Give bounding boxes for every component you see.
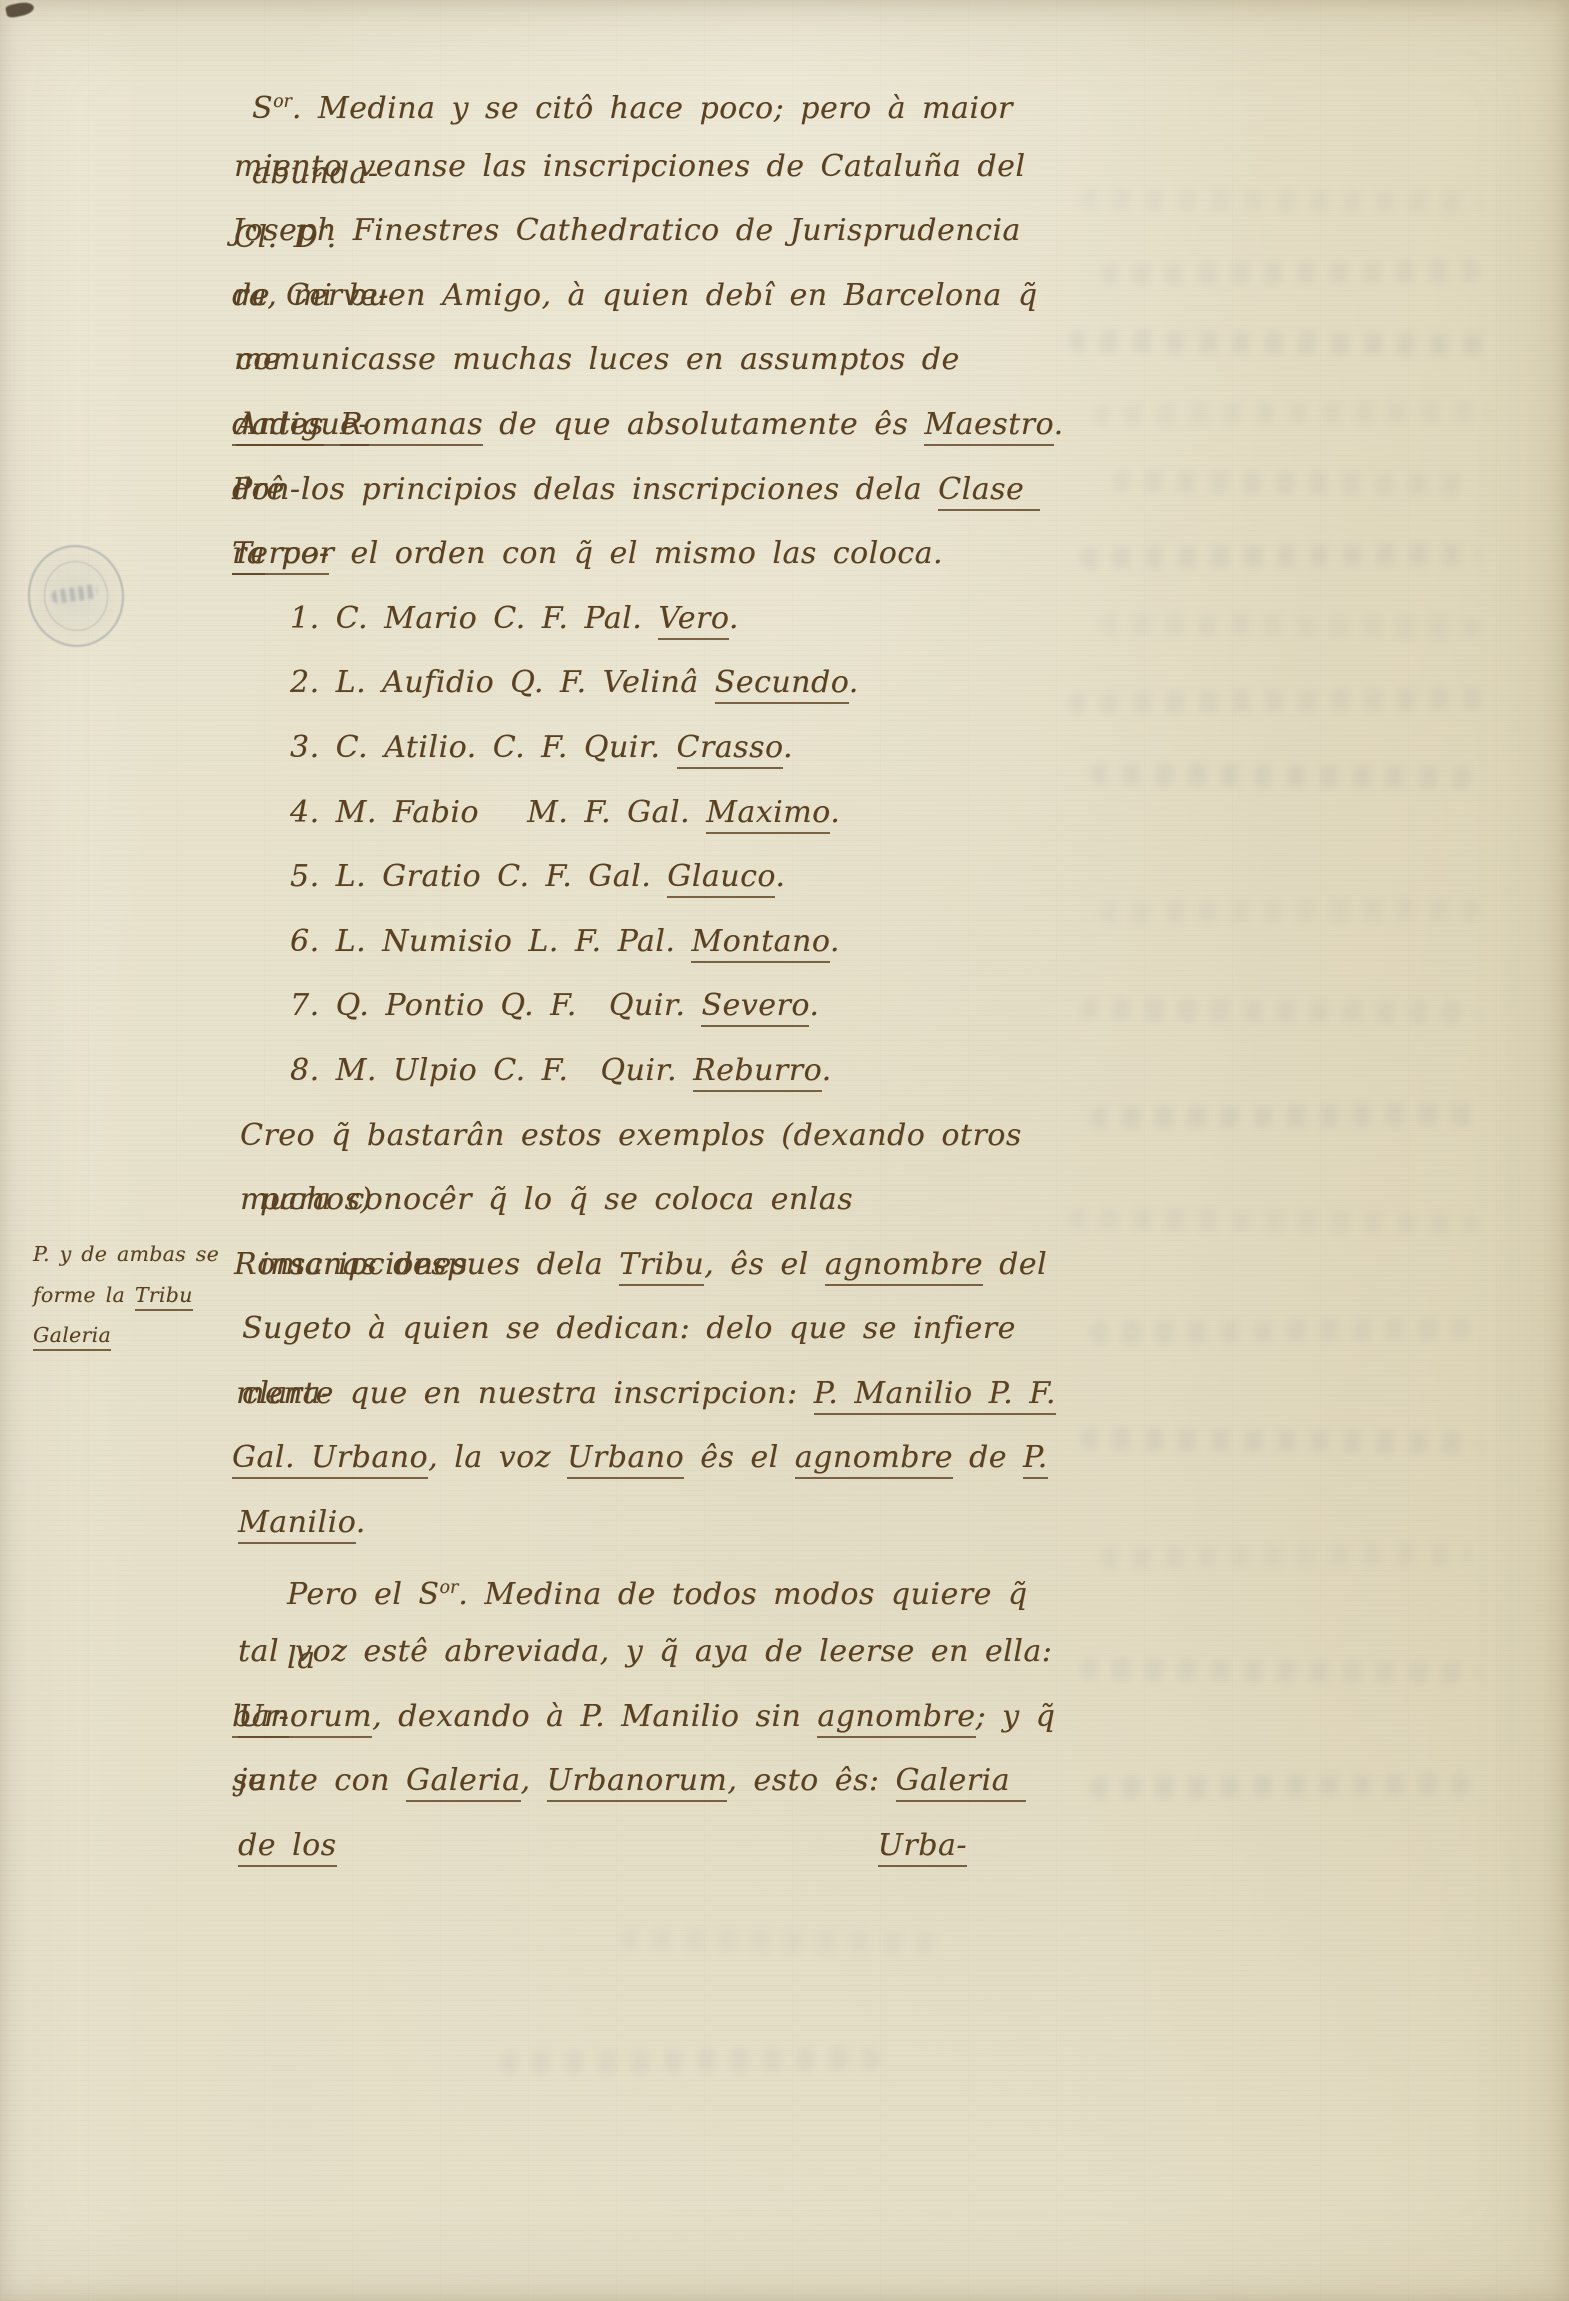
text-segment: , <box>521 1763 547 1798</box>
manuscript-line: forme la Tribu <box>33 1275 223 1316</box>
text-segment: . <box>830 924 840 959</box>
manuscript-page: Sor. Medina y se citô hace poco; pero à … <box>0 0 1569 2301</box>
text-segment: . <box>830 795 840 830</box>
manuscript-line: Sugeto à quien se dedican: delo que se i… <box>232 1297 1064 1362</box>
manuscript-line: ra, mi buen Amigo, à quien debî en Barce… <box>232 264 1064 329</box>
text-segment: . <box>809 988 819 1023</box>
bleedthrough-mark <box>1100 1543 1470 1569</box>
manuscript-line: Creo q̃ bastarân estos exemplos (dexando… <box>232 1104 1064 1169</box>
manuscript-line: 3. C. Atilio. C. F. Quir. Crasso. <box>232 716 1064 781</box>
underlined-text: Romanas <box>340 407 483 446</box>
text-segment <box>324 407 340 442</box>
manuscript-line: 8. M. Ulpio C. F. Quir. Reburro. <box>232 1039 1064 1104</box>
underlined-text: Urbanorum <box>547 1763 728 1802</box>
manuscript-line: Pero el Sor. Medina de todos modos quier… <box>232 1556 1064 1621</box>
underlined-text: Maestro <box>924 407 1053 446</box>
underlined-text: Severo <box>701 988 809 1027</box>
underlined-text: agnombre <box>817 1699 975 1738</box>
manuscript-line: drê los principios delas inscripciones d… <box>232 458 1064 523</box>
bleedthrough-mark <box>1080 1428 1480 1454</box>
text-segment: comunicasse muchas luces en assumptos de <box>236 342 976 377</box>
text-segment: junte con <box>238 1763 406 1798</box>
text-segment: S <box>252 91 273 126</box>
manuscript-line: mente que en nuestra inscripcion: P. Man… <box>232 1362 1064 1427</box>
text-segment: de <box>953 1440 1023 1475</box>
bleedthrough-mark <box>620 1928 940 1953</box>
underlined-text: Galeria <box>33 1323 111 1351</box>
manuscript-line: 5. L. Gratio C. F. Gal. Glauco. <box>232 845 1064 910</box>
bleedthrough-mark <box>1100 613 1480 639</box>
manuscript-line: 6. L. Numisio L. F. Pal. Montano. <box>232 910 1064 975</box>
manuscript-line: Galeria <box>33 1315 223 1356</box>
underlined-text: ra <box>232 536 265 575</box>
underlined-text: Maximo <box>706 795 830 834</box>
underlined-text: Gal. Urbano <box>232 1440 428 1479</box>
text-segment: 8. M. Ulpio C. F. Quir. <box>290 1053 693 1088</box>
text-segment: drê los principios delas inscripciones d… <box>232 472 938 507</box>
underlined-text: Crasso <box>677 730 784 769</box>
library-stamp-icon <box>21 539 130 653</box>
bleedthrough-mark <box>1090 763 1480 789</box>
underlined-text: banorum <box>232 1699 372 1738</box>
text-segment: or <box>439 1578 458 1598</box>
text-segment: 4. M. Fabio M. F. Gal. <box>290 795 706 830</box>
text-segment: . <box>775 859 785 894</box>
manuscript-line: 2. L. Aufidio Q. F. Velinâ Secundo. <box>232 651 1064 716</box>
underlined-text: Tribu <box>135 1283 193 1311</box>
text-segment: , dexando à P. Manilio sin <box>372 1699 817 1734</box>
underlined-text: P. <box>1023 1440 1048 1479</box>
underlined-text: Manilio <box>238 1505 356 1544</box>
text-segment: . <box>729 601 739 636</box>
text-segment: . <box>783 730 793 765</box>
manuscript-line: Joseph Finestres Cathedratico de Jurispr… <box>232 199 1064 264</box>
bleedthrough-mark <box>1068 688 1488 714</box>
text-segment: , la voz <box>428 1440 567 1475</box>
manuscript-line: banorum, dexando à P. Manilio sin agnomb… <box>232 1685 1064 1750</box>
text-segment: Romanas despues dela <box>234 1247 619 1282</box>
text-segment: del <box>983 1247 1047 1282</box>
text-segment: Pero el S <box>287 1577 439 1612</box>
text-segment: . <box>822 1053 832 1088</box>
underlined-text: Urbano <box>567 1440 684 1479</box>
underlined-text: Montano <box>691 924 829 963</box>
text-segment: or <box>273 92 292 112</box>
bleedthrough-mark <box>1100 898 1480 924</box>
text-segment: 2. L. Aufidio Q. F. Velinâ <box>290 665 715 700</box>
underlined-text: dades <box>232 407 324 446</box>
manuscript-line: 7. Q. Pontio Q. F. Quir. Severo. <box>232 974 1064 1039</box>
manuscript-line: dades Romanas de que absolutamente ês Ma… <box>232 393 1064 458</box>
bleedthrough-mark <box>1090 1773 1470 1799</box>
bleedthrough-mark <box>1092 400 1492 426</box>
bleedthrough-mark <box>1080 188 1480 214</box>
text-segment: ês el <box>684 1440 795 1475</box>
manuscript-line: comunicasse muchas luces en assumptos de… <box>232 328 1064 393</box>
manuscript-line: junte con Galeria, Urbanorum, esto ês: G… <box>232 1749 1064 1814</box>
text-segment: mente que en nuestra inscripcion: <box>236 1376 814 1411</box>
underlined-text: Urba- <box>878 1828 967 1867</box>
text-segment: de que absolutamente ês <box>483 407 924 442</box>
manuscript-line: 1. C. Mario C. F. Pal. Vero. <box>232 587 1064 652</box>
underlined-text: Galeria <box>406 1763 521 1802</box>
text-segment: por el orden con q̃ el mismo las coloca. <box>265 536 943 571</box>
manuscript-line: 4. M. Fabio M. F. Gal. Maximo. <box>232 781 1064 846</box>
text-segment: 7. Q. Pontio Q. F. Quir. <box>290 988 701 1023</box>
manuscript-line: P. y de ambas se <box>33 1234 223 1275</box>
text-segment: tal voz estê abreviada, y q̃ aya de leer… <box>238 1634 1068 1669</box>
underlined-text: agnombre <box>795 1440 953 1479</box>
text-segment: 3. C. Atilio. C. F. Quir. <box>290 730 677 765</box>
bleedthrough-mark <box>1100 260 1480 286</box>
bleedthrough-mark <box>1090 1103 1480 1129</box>
manuscript-line: Romanas despues dela Tribu, ês el agnomb… <box>232 1233 1064 1298</box>
underlined-text: Secundo <box>715 665 849 704</box>
text-segment: . <box>356 1505 366 1540</box>
manuscript-line: para conocêr q̃ lo q̃ se coloca enlas in… <box>232 1168 1064 1233</box>
bleedthrough-mark <box>1112 470 1467 496</box>
bleedthrough-mark <box>1080 543 1480 569</box>
text-segment: 6. L. Numisio L. F. Pal. <box>290 924 691 959</box>
underlined-text: Reburro <box>693 1053 822 1092</box>
text-segment: , esto ês: <box>727 1763 895 1798</box>
text-segment: P. y de ambas se <box>33 1242 219 1266</box>
margin-note: P. y de ambas seforme la TribuGaleria <box>33 1234 223 1356</box>
main-text-block: Sor. Medina y se citô hace poco; pero à … <box>232 70 1064 1879</box>
bleedthrough-mark <box>1080 1658 1480 1684</box>
manuscript-line: Gal. Urbano, la voz Urbano ês el agnombr… <box>232 1426 1064 1491</box>
bleedthrough-mark <box>1068 330 1488 356</box>
manuscript-line: ra por el orden con q̃ el mismo las colo… <box>232 522 1064 587</box>
underlined-text: agnombre <box>825 1247 983 1286</box>
bleedthrough-mark <box>500 2048 880 2074</box>
underlined-text: Tribu <box>619 1247 704 1286</box>
page-corner-mark <box>5 0 35 19</box>
manuscript-line: Sor. Medina y se citô hace poco; pero à … <box>232 70 1064 135</box>
manuscript-line: tal voz estê abreviada, y q̃ aya de leer… <box>232 1620 1064 1685</box>
underlined-text: Glauco <box>667 859 775 898</box>
underlined-text: P. Manilio P. F. <box>814 1376 1056 1415</box>
manuscript-line: miento veanse las inscripciones de Catal… <box>232 135 1064 200</box>
text-segment: , ês el <box>704 1247 825 1282</box>
manuscript-line: Manilio. <box>232 1491 1064 1556</box>
text-segment: forme la <box>33 1283 135 1307</box>
underlined-text: Vero <box>658 601 729 640</box>
manuscript-line: Urba- <box>232 1814 1064 1879</box>
bleedthrough-mark <box>1080 998 1480 1024</box>
text-segment: 1. C. Mario C. F. Pal. <box>290 601 658 636</box>
bleedthrough-mark <box>1068 1208 1478 1234</box>
bleedthrough-mark <box>1090 1318 1470 1344</box>
text-segment: 5. L. Gratio C. F. Gal. <box>290 859 667 894</box>
text-segment: . <box>849 665 859 700</box>
